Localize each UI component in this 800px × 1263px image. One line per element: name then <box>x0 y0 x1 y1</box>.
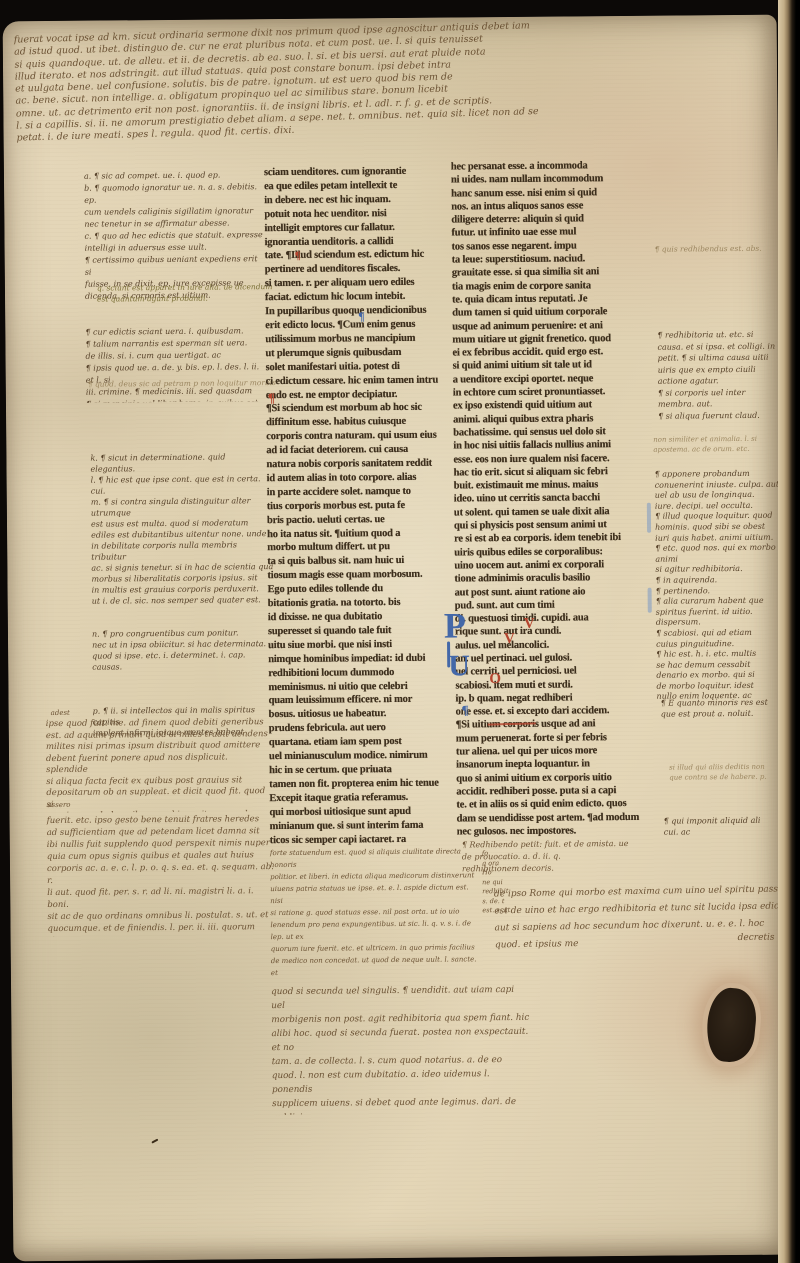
left-margin-olive-note: q. sciunt est apparet in iure alia. ue d… <box>97 281 275 305</box>
rubric-initial-v1: V <box>524 617 535 632</box>
ink-speck <box>151 1139 158 1144</box>
red-paraph-mark-1: ¶ <box>295 250 301 262</box>
text-column-left: sciam uenditores. cum ignorantie ea que … <box>264 164 466 850</box>
lower-left-gloss-1: ipse quod fuit. me. ad finem quod debiti… <box>46 717 273 813</box>
red-paraph-mark-2: ¶ <box>268 390 275 406</box>
rubric-initial-o: O <box>489 672 501 687</box>
column-right-bottom-gloss: ¶ Redhibendo petit: fuit. et de amista. … <box>462 838 650 876</box>
blue-paraph-mark-1: ¶ <box>358 309 365 324</box>
blue-stroke-mark-1 <box>647 503 651 533</box>
lower-left-gloss-label-1: adest <box>51 709 70 717</box>
left-margin-faded-note: ¶ quod. deus sic ad petram p non loquitu… <box>88 377 278 391</box>
illuminated-initial-p: P <box>444 607 466 643</box>
right-margin-note-6: si illud qui aliis deditis non que contr… <box>669 762 791 783</box>
right-margin-note-4: ¶ apponere probandum conuenerint iniuste… <box>655 469 783 703</box>
top-marginal-gloss: fuerat vocat ipse ad km. sicut ordinaria… <box>14 19 569 150</box>
wide-note-signature: decretis <box>738 933 775 943</box>
right-margin-note-5: ¶ E quanto minoris res est que est prout… <box>661 697 786 720</box>
book-fore-edge <box>778 0 800 1263</box>
bottom-center-gloss: quod si secunda uel singulis. ¶ uendidit… <box>271 983 530 1115</box>
column-left-bottom-gloss: forte statuendum est. quod si aliquis ci… <box>270 845 483 981</box>
rubric-initial-v2: V <box>504 632 515 647</box>
parchment-hole <box>704 986 759 1064</box>
lower-left-gloss-2: fuerit. etc. ipso gesto bene tenuit frat… <box>47 813 276 937</box>
left-margin-notes-lower: k. ¶ sicut in determinatione. quid elega… <box>90 451 274 737</box>
right-margin-note-3: non similiter et animalia. l. si apostem… <box>653 434 781 455</box>
wide-marginal-note: de ipso Rome qui morbo est maxima cum ui… <box>494 881 791 954</box>
blue-paraph-mark-2: ¶ <box>462 702 469 718</box>
right-margin-note-1: ¶ quis redhibendus est. abs. <box>655 243 780 256</box>
right-margin-note-2: ¶ redhibitoria ut. etc. si causa. et si … <box>657 329 780 422</box>
illuminated-initial-u: U <box>448 651 470 681</box>
text-column-right: hec persanat esse. a incommoda ni uides.… <box>451 159 661 843</box>
right-margin-note-7: ¶ qui imponit aliquid ali cui. ac <box>664 815 786 838</box>
parchment-page: fuerat vocat ipse ad km. sicut ordinaria… <box>3 15 788 1262</box>
lower-left-gloss-label-2: assero <box>47 801 70 809</box>
blue-stroke-mark-2 <box>648 588 652 613</box>
